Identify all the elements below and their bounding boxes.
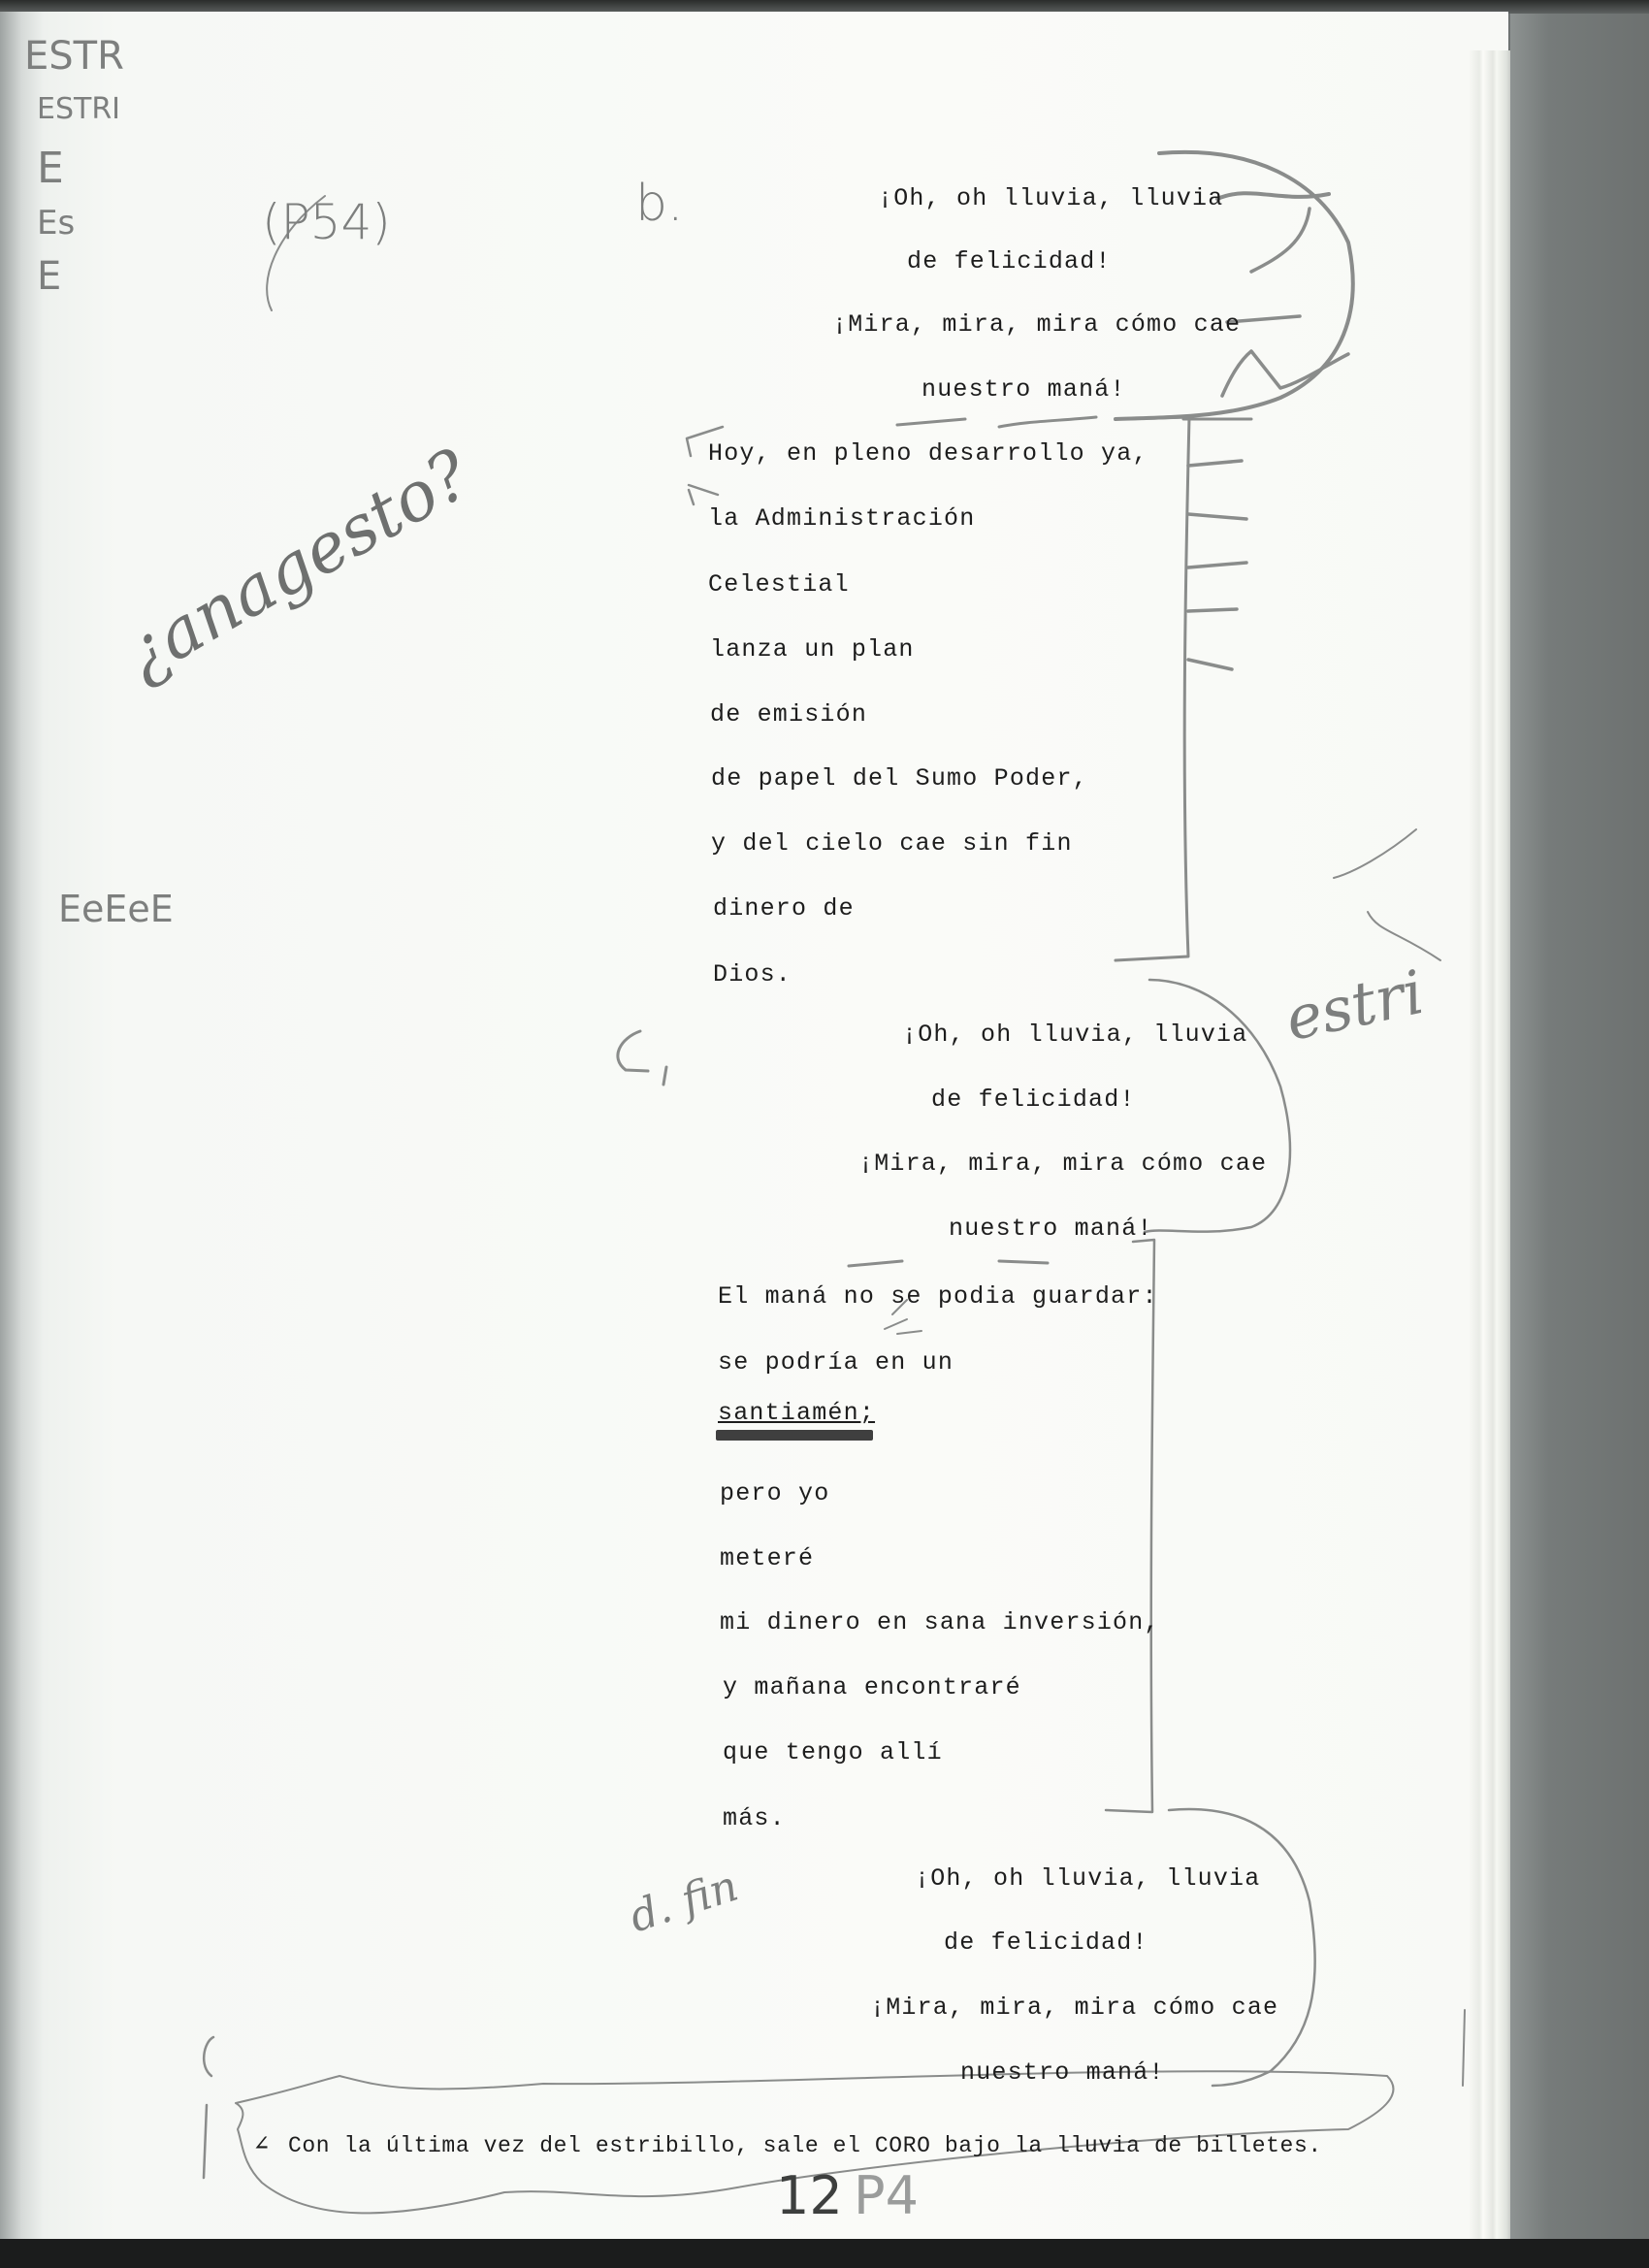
stanza-d-line-3: ¡Mira, mira, mira cómo cae [870, 1993, 1278, 2023]
margin-note-estr-2: ESTRI [37, 92, 120, 126]
stanza-c-line-2: de felicidad! [931, 1085, 1136, 1115]
document-page [0, 12, 1508, 2241]
verse-2-line-2: se podría en un [718, 1348, 954, 1377]
verse-1-line-9: Dios. [713, 960, 792, 989]
stanza-b-line-4: nuestro maná! [921, 375, 1126, 405]
margin-note-e-1: E [37, 144, 64, 193]
verse-2-line-8: que tengo allí [723, 1738, 943, 1767]
strikeout-smudge [716, 1430, 873, 1441]
verse-2-line-1: El maná no se podia guardar: [718, 1282, 1158, 1312]
stanza-c-line-1: ¡Oh, oh lluvia, lluvia [902, 1021, 1247, 1050]
stanza-d-line-1: ¡Oh, oh lluvia, lluvia [915, 1864, 1260, 1894]
page-code: P4 [854, 2165, 919, 2226]
verse-2-line-9: más. [723, 1804, 786, 1833]
margin-note-e-2: E [37, 254, 61, 299]
stanza-b-line-1: ¡Oh, oh lluvia, lluvia [878, 184, 1223, 213]
stanza-c-line-4: nuestro maná! [949, 1215, 1153, 1244]
stanza-c-line-3: ¡Mira, mira, mira cómo cae [858, 1150, 1267, 1179]
stanza-b-label: b. [635, 175, 684, 233]
pattern-note: EeEeE [58, 888, 174, 930]
stanza-b-line-3: ¡Mira, mira, mira cómo cae [832, 310, 1241, 340]
page-number: 12 [776, 2165, 843, 2226]
margin-note-es: Es [37, 204, 75, 243]
verse-2-line-6: mi dinero en sana inversión, [720, 1608, 1160, 1637]
page-reference-note: (P54) [262, 194, 391, 250]
verse-1-line-1: Hoy, en pleno desarrollo ya, [708, 439, 1148, 469]
verse-1-line-5: de emisión [710, 700, 867, 729]
verse-1-line-7: y del cielo cae sin fin [711, 829, 1073, 859]
stanza-d-line-4: nuestro maná! [960, 2058, 1165, 2088]
verse-1-line-3: Celestial [708, 570, 850, 599]
verse-1-line-2: la Administración [708, 504, 975, 534]
stanza-d-line-2: de felicidad! [944, 1928, 1148, 1958]
stage-direction: Con la última vez del estribillo, sale e… [288, 2131, 1322, 2160]
verse-2-line-4: pero yo [720, 1479, 829, 1508]
verse-2-line-7: y mañana encontraré [723, 1673, 1021, 1702]
verse-2-line-3: santiamén; [718, 1399, 875, 1428]
verse-1-line-6: de papel del Sumo Poder, [711, 764, 1088, 794]
scan-right-background [1510, 14, 1649, 2239]
page-stack-edges [1470, 50, 1510, 2251]
stanza-b-line-2: de felicidad! [907, 247, 1112, 276]
verse-1-line-4: lanza un plan [710, 635, 915, 664]
stage-direction-marker: ∠ [254, 2131, 270, 2160]
verse-2-line-5: meteré [720, 1544, 814, 1573]
verse-1-line-8: dinero de [713, 894, 855, 923]
scan-bottom-border [0, 2239, 1649, 2268]
margin-note-estr-1: ESTR [24, 34, 124, 79]
